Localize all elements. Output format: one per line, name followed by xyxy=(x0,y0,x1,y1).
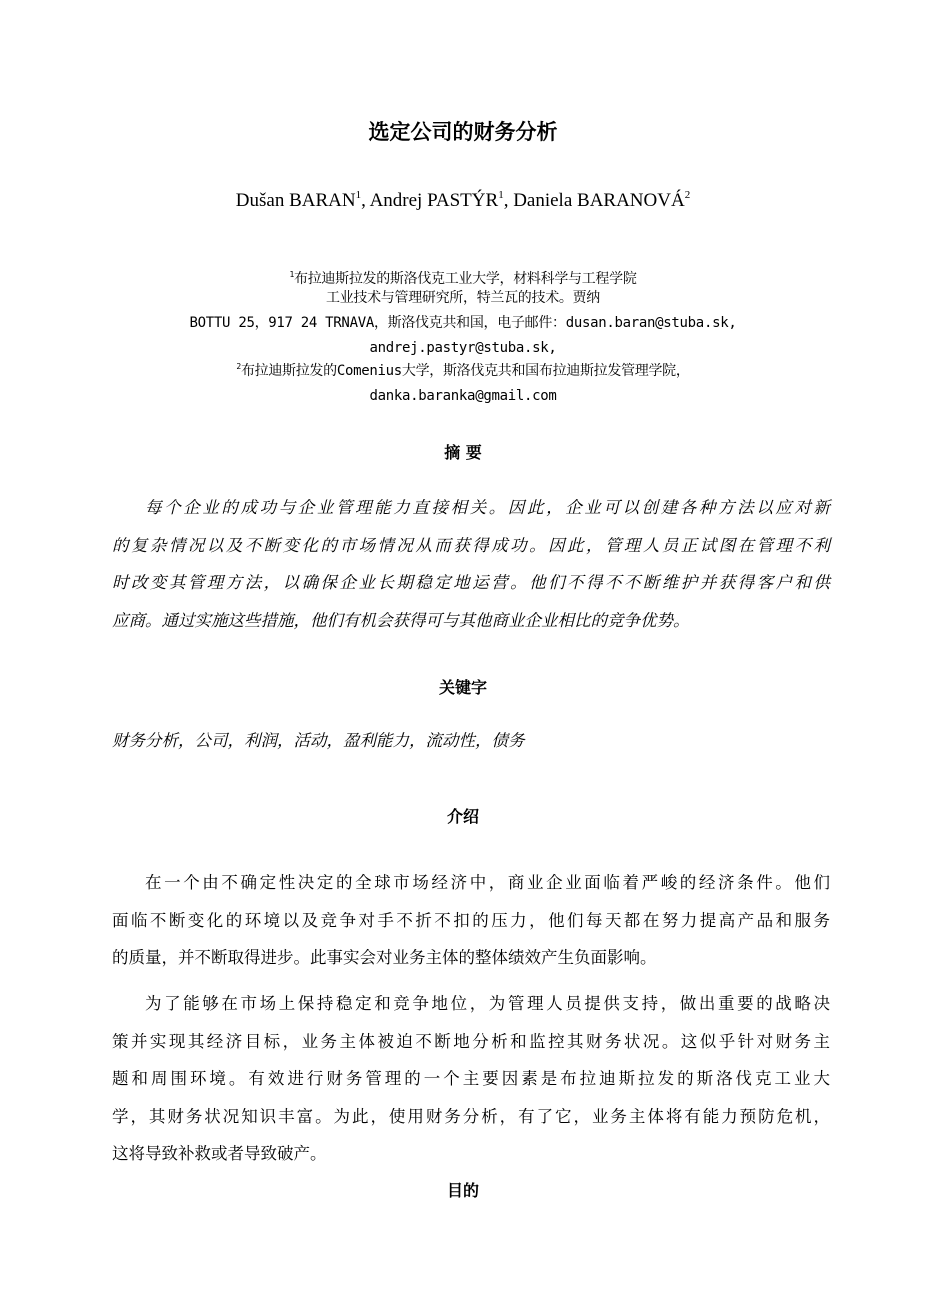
keywords-list: 财务分析，公司，利润，活动，盈利能力，流动性，债务 xyxy=(112,728,525,754)
abstract-line: 的复杂情况以及不断变化的市场情况从而获得成功。因此，管理人员正试图在管理不利 xyxy=(112,527,830,565)
keywords-heading: 关键字 xyxy=(0,677,926,699)
affiliation-line: 1布拉迪斯拉发的斯洛伐克工业大学，材料科学与工程学院 xyxy=(0,270,926,289)
paragraph-line: 在一个由不确定性决定的全球市场经济中，商业企业面临着严峻的经济条件。他们 xyxy=(112,864,830,902)
introduction-paragraph-1: 在一个由不确定性决定的全球市场经济中，商业企业面临着严峻的经济条件。他们 面临不… xyxy=(112,864,830,977)
abstract-line: 时改变其管理方法，以确保企业长期稳定地运营。他们不得不不断维护并获得客户和供 xyxy=(112,564,830,602)
purpose-heading: 目的 xyxy=(0,1180,926,1202)
paragraph-line: 为了能够在市场上保持稳定和竞争地位，为管理人员提供支持，做出重要的战略决 xyxy=(112,985,830,1023)
abstract-line: 每个企业的成功与企业管理能力直接相关。因此，企业可以创建各种方法以应对新 xyxy=(112,489,830,527)
abstract-line: 应商。通过实施这些措施，他们有机会获得可与其他商业企业相比的竞争优势。 xyxy=(112,602,830,640)
author-separator: , xyxy=(361,190,369,211)
author-affiliation-mark: 2 xyxy=(685,189,691,201)
author-name: Andrej PASTÝR xyxy=(370,190,499,211)
introduction-heading: 介绍 xyxy=(0,806,926,828)
author-list: Dušan BARAN1, Andrej PASTÝR1, Daniela BA… xyxy=(0,188,926,214)
abstract-heading: 摘 要 xyxy=(0,442,926,464)
paragraph-line: 这将导致补救或者导致破产。 xyxy=(112,1135,830,1173)
paragraph-line: 面临不断变化的环境以及竞争对手不折不扣的压力，他们每天都在努力提高产品和服务 xyxy=(112,902,830,940)
affiliation-line: 工业技术与管理研究所，特兰瓦的技术。贾纳 xyxy=(0,289,926,308)
author-name: Daniela BARANOVÁ xyxy=(513,190,685,211)
affiliation-email: danka.baranka@gmail.com xyxy=(0,387,926,406)
paper-page: 选定公司的财务分析 Dušan BARAN1, Andrej PASTÝR1, … xyxy=(0,0,926,1310)
paragraph-line: 题和周围环境。有效进行财务管理的一个主要因素是布拉迪斯拉发的斯洛伐克工业大 xyxy=(112,1060,830,1098)
author-separator: , xyxy=(504,190,514,211)
paragraph-line: 学，其财务状况知识丰富。为此，使用财务分析，有了它，业务主体将有能力预防危机， xyxy=(112,1098,830,1136)
introduction-paragraph-2: 为了能够在市场上保持稳定和竞争地位，为管理人员提供支持，做出重要的战略决 策并实… xyxy=(112,985,830,1173)
affiliation-email: andrej.pastyr@stuba.sk, xyxy=(0,339,926,358)
author-name: Dušan BARAN xyxy=(236,190,356,211)
paragraph-line: 的质量，并不断取得进步。此事实会对业务主体的整体绩效产生负面影响。 xyxy=(112,939,830,977)
affiliation-text: 布拉迪斯拉发的斯洛伐克工业大学，材料科学与工程学院 xyxy=(294,271,637,287)
affiliation-text: 布拉迪斯拉发的Comenius大学，斯洛伐克共和国布拉迪斯拉发管理学院， xyxy=(241,363,690,379)
affiliation-line: 2布拉迪斯拉发的Comenius大学，斯洛伐克共和国布拉迪斯拉发管理学院， xyxy=(0,362,926,381)
paragraph-line: 策并实现其经济目标，业务主体被迫不断地分析和监控其财务状况。这似乎针对财务主 xyxy=(112,1023,830,1061)
affiliation-address: BOTTU 25，917 24 TRNAVA，斯洛伐克共和国，电子邮件：dusa… xyxy=(0,314,926,333)
abstract-body: 每个企业的成功与企业管理能力直接相关。因此，企业可以创建各种方法以应对新 的复杂… xyxy=(112,489,830,639)
paper-title: 选定公司的财务分析 xyxy=(0,116,926,148)
